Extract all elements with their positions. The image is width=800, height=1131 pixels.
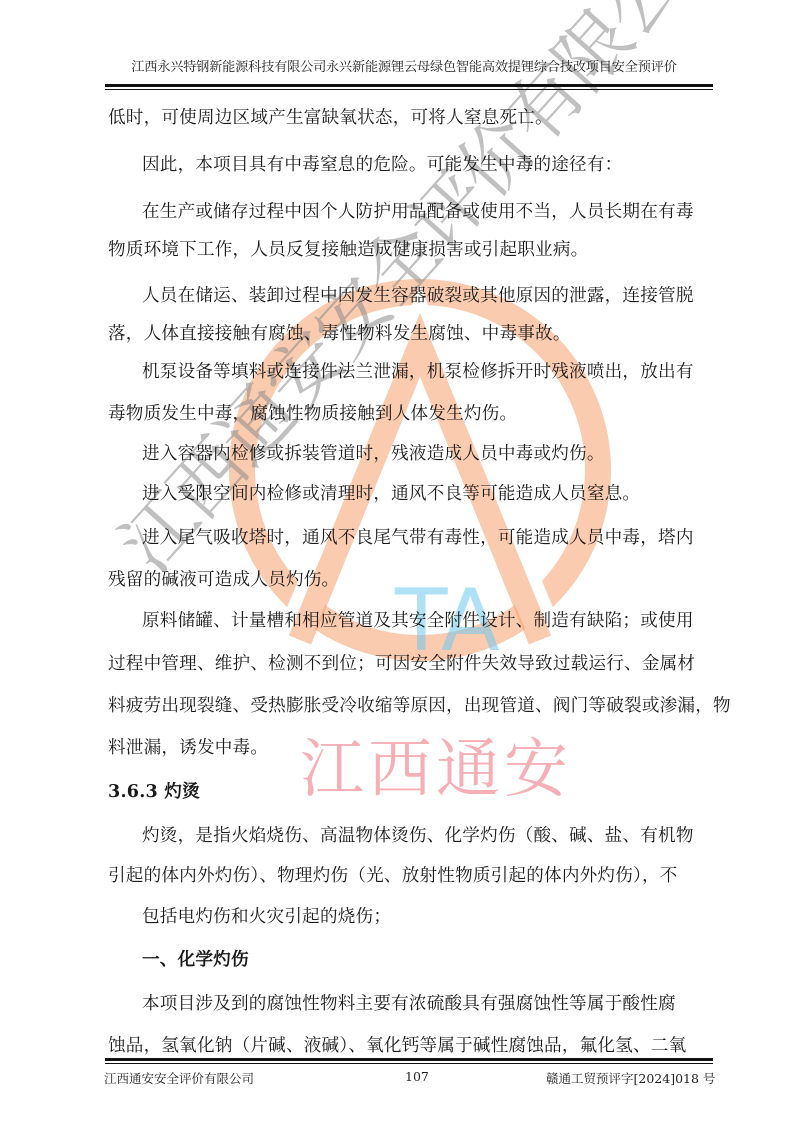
body-line: 机泵设备等填料或连接件法兰泄漏，机泵检修拆开时残液喷出，放出有 xyxy=(142,358,694,383)
body-line: 蚀品，氢氧化钠（片碱、液碱）、氧化钙等属于碱性腐蚀品，氟化氢、二氧 xyxy=(108,1032,686,1057)
body-line: 在生产或储存过程中因个人防护用品配备或使用不当，人员长期在有毒 xyxy=(142,198,694,223)
body-line: 进入容器内检修或拆装管道时，残液造成人员中毒或灼伤。 xyxy=(142,440,605,465)
body-line: 进入受限空间内检修或清理时，通风不良等可能造成人员窒息。 xyxy=(142,480,640,505)
running-header: 江西永兴特钢新能源科技有限公司永兴新能源锂云母绿色智能高效提锂综合技改项目安全预… xyxy=(104,56,704,75)
body-line: 毒物质发生中毒，腐蚀性物质接触到人体发生灼伤。 xyxy=(108,400,517,425)
body-line: 料泄漏，诱发中毒。 xyxy=(108,734,268,759)
body-line: 人员在储运、装卸过程中因发生容器破裂或其他原因的泄露，连接管脱 xyxy=(142,282,694,307)
body-line: 残留的碱液可造成人员灼伤。 xyxy=(108,566,339,591)
body-line: 引起的体内外灼伤）、物理灼伤（光、放射性物质引起的体内外灼伤），不 xyxy=(108,862,678,887)
header-rule-thick xyxy=(105,84,713,87)
body-line: 进入尾气吸收塔时，通风不良尾气带有毒性，可能造成人员中毒，塔内 xyxy=(142,524,694,549)
body-line: 灼烫，是指火焰烧伤、高温物体烫伤、化学灼伤（酸、碱、盐、有机物 xyxy=(142,822,694,847)
body-line: 原料储罐、计量槽和相应管道及其安全附件设计、制造有缺陷；或使用 xyxy=(142,607,694,632)
body-line: 本项目涉及到的腐蚀性物料主要有浓硫酸具有强腐蚀性等属于酸性腐 xyxy=(142,990,676,1015)
document-number: 赣通工贸预评字[2024]018 号 xyxy=(546,1069,715,1087)
body-line: 过程中管理、维护、检测不到位；可因安全附件失效导致过载运行、金属材 xyxy=(108,650,695,675)
footer-rule-thin xyxy=(105,1063,713,1064)
body-line: 因此，本项目具有中毒窒息的危险。可能发生中毒的途径有： xyxy=(142,151,622,176)
footer-company: 江西通安安全评价有限公司 xyxy=(104,1069,254,1087)
subheading: 一、化学灼伤 xyxy=(142,946,249,971)
body-line: 包括电灼伤和火灾引起的烧伤； xyxy=(142,903,391,928)
header-rule-thin xyxy=(105,89,713,90)
body-line: 落，人体直接接触有腐蚀、毒性物料发生腐蚀、中毒事故。 xyxy=(108,320,571,345)
body-line: 低时，可使周边区域产生富缺氧状态，可将人窒息死亡。 xyxy=(108,104,553,129)
body-line: 料疲劳出现裂缝、受热膨胀受冷收缩等原因，出现管道、阀门等破裂或渗漏，物 xyxy=(108,692,731,717)
page-number: 107 xyxy=(405,1069,429,1084)
body-line: 物质环境下工作，人员反复接触造成健康损害或引起职业病。 xyxy=(108,236,588,261)
section-heading: 3.6.3 灼烫 xyxy=(108,778,200,803)
footer-rule-thick xyxy=(105,1058,713,1061)
document-page: 江西永兴特钢新能源科技有限公司永兴新能源锂云母绿色智能高效提锂综合技改项目安全预… xyxy=(0,0,800,1131)
